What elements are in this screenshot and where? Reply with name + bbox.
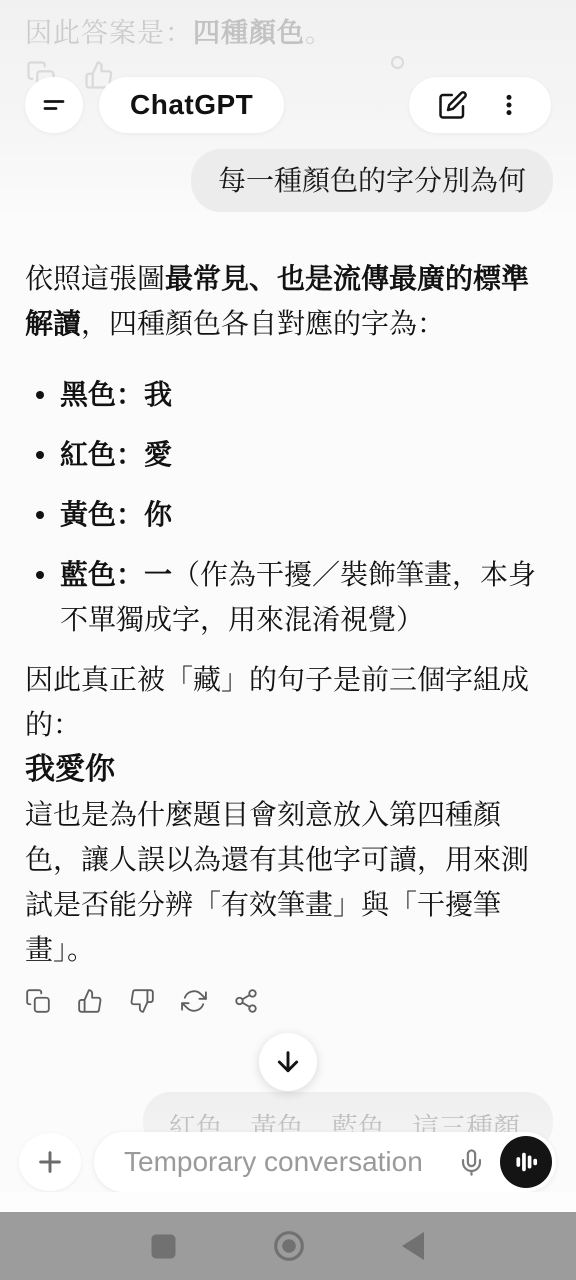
message-input[interactable]: Temporary conversation: [94, 1132, 556, 1192]
user-message-bubble: 每一種顏色的字分別為何: [191, 149, 553, 212]
microphone-icon: [457, 1148, 486, 1177]
compose-icon: [438, 90, 468, 120]
thumbs-up-button[interactable]: [77, 988, 103, 1014]
new-chat-button[interactable]: [438, 90, 468, 120]
assistant-paragraph-lead: 依照這張圖最常見、也是流傳最廣的標準解讀，四種顏色各自對應的字為：: [25, 256, 551, 346]
voice-waveform-icon: [513, 1149, 539, 1175]
voice-mode-button[interactable]: [500, 1136, 552, 1188]
arrow-down-icon: [272, 1046, 304, 1078]
thumbs-down-button[interactable]: [129, 988, 155, 1014]
thumbs-down-icon: [129, 988, 155, 1014]
recents-square-icon: [150, 1233, 177, 1260]
color-mapping-list: 黑色：我 紅色：愛 黃色：你 藍色：一（作為干擾／裝飾筆畫，本身不單獨成字，用來…: [25, 372, 551, 642]
header-actions-pill: [409, 77, 551, 133]
refresh-icon: [181, 988, 207, 1014]
kebab-menu-icon: [496, 92, 522, 118]
faded-share-icon: [391, 56, 404, 69]
share-button[interactable]: [233, 988, 259, 1014]
assistant-paragraph-final: 這也是為什麼題目會刻意放入第四種顏色，讓人誤以為還有其他字可讀，用來測試是否能分…: [25, 792, 551, 972]
chatgpt-mobile-screen: 因此答案是：四種顏色。 ChatGPT 每一種顏色的字分別為何 依照這張圖最常見…: [0, 0, 576, 1280]
app-title: ChatGPT: [130, 89, 253, 121]
copy-icon: [25, 988, 51, 1014]
message-actions-row: [25, 988, 551, 1014]
home-circle-icon: [273, 1230, 305, 1262]
home-button[interactable]: [273, 1230, 305, 1262]
thumbs-up-icon: [77, 988, 103, 1014]
attach-plus-button[interactable]: [19, 1133, 81, 1191]
faded-previous-answer: 因此答案是：四種顏色。: [25, 11, 333, 50]
assistant-paragraph-conclusion: 因此真正被「藏」的句子是前三個字組成的：: [25, 657, 551, 747]
model-selector-pill[interactable]: ChatGPT: [99, 77, 284, 133]
back-triangle-icon: [400, 1231, 426, 1261]
overflow-menu-button[interactable]: [496, 92, 522, 118]
list-item: 紅色：愛: [25, 432, 551, 477]
share-icon: [233, 988, 259, 1014]
composer-bar: Temporary conversation: [0, 1132, 576, 1192]
input-placeholder: Temporary conversation: [124, 1146, 457, 1178]
recents-button[interactable]: [150, 1233, 177, 1260]
dictate-button[interactable]: [457, 1148, 486, 1177]
sidebar-menu-button[interactable]: [25, 77, 83, 133]
app-header: ChatGPT: [0, 77, 576, 133]
assistant-message: 依照這張圖最常見、也是流傳最廣的標準解讀，四種顏色各自對應的字為： 黑色：我 紅…: [25, 256, 551, 1014]
list-item: 黃色：你: [25, 492, 551, 537]
hidden-sentence-answer: 我愛你: [25, 747, 551, 792]
android-navbar: [0, 1212, 576, 1280]
list-item: 黑色：我: [25, 372, 551, 417]
plus-icon: [34, 1146, 66, 1178]
home-indicator-strip: [0, 1192, 576, 1212]
sidebar-menu-icon: [40, 91, 68, 119]
regenerate-button[interactable]: [181, 988, 207, 1014]
list-item: 藍色：一（作為干擾／裝飾筆畫，本身不單獨成字，用來混淆視覺）: [25, 552, 551, 642]
user-message-text: 每一種顏色的字分別為何: [218, 165, 526, 196]
copy-button[interactable]: [25, 988, 51, 1014]
scroll-to-bottom-button[interactable]: [259, 1033, 317, 1091]
back-button[interactable]: [400, 1231, 426, 1261]
